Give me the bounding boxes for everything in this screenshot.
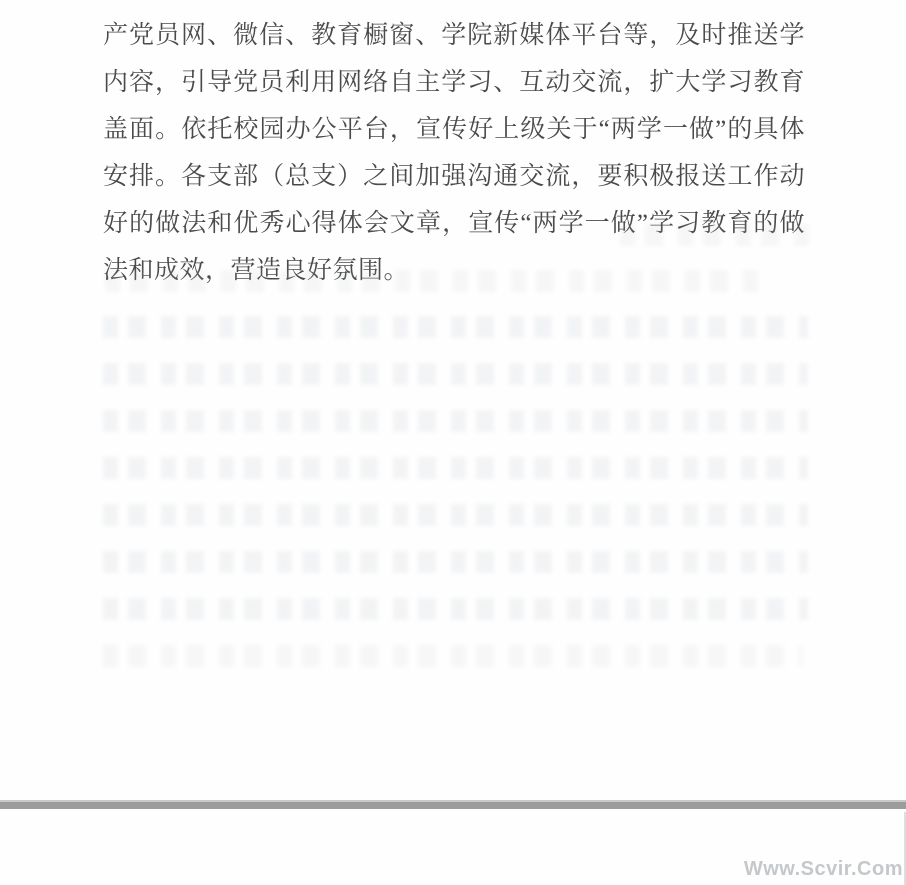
text-line-1: 产党员网、微信、教育橱窗、学院新媒体平台等，及时推送学习 [103, 12, 805, 59]
bleed-through-row [103, 363, 808, 385]
bleed-through-row [103, 645, 803, 667]
bleed-through-row [103, 504, 808, 526]
bleed-through-row [103, 457, 808, 479]
bleed-through-row [105, 270, 765, 292]
bleed-through-row [103, 410, 808, 432]
text-line-2: 内容，引导党员利用网络自主学习、互动交流，扩大学习教育覆 [103, 59, 805, 106]
paragraph-block: 产党员网、微信、教育橱窗、学院新媒体平台等，及时推送学习 内容，引导党员利用网络… [103, 12, 805, 294]
bleed-through-row [620, 224, 810, 246]
watermark: Www.Scvir.Com [744, 858, 903, 881]
bleed-through-row [103, 316, 808, 338]
bleed-through-row [103, 598, 808, 620]
page-divider-bar [0, 800, 906, 809]
scanned-document-page: 产党员网、微信、教育橱窗、学院新媒体平台等，及时推送学习 内容，引导党员利用网络… [0, 0, 906, 885]
bleed-through-row [103, 551, 808, 573]
text-line-4: 安排。各支部（总支）之间加强沟通交流，要积极报送工作动态、 [103, 153, 805, 200]
text-line-3: 盖面。依托校园办公平台，宣传好上级关于“两学一做”的具体 [103, 106, 805, 153]
